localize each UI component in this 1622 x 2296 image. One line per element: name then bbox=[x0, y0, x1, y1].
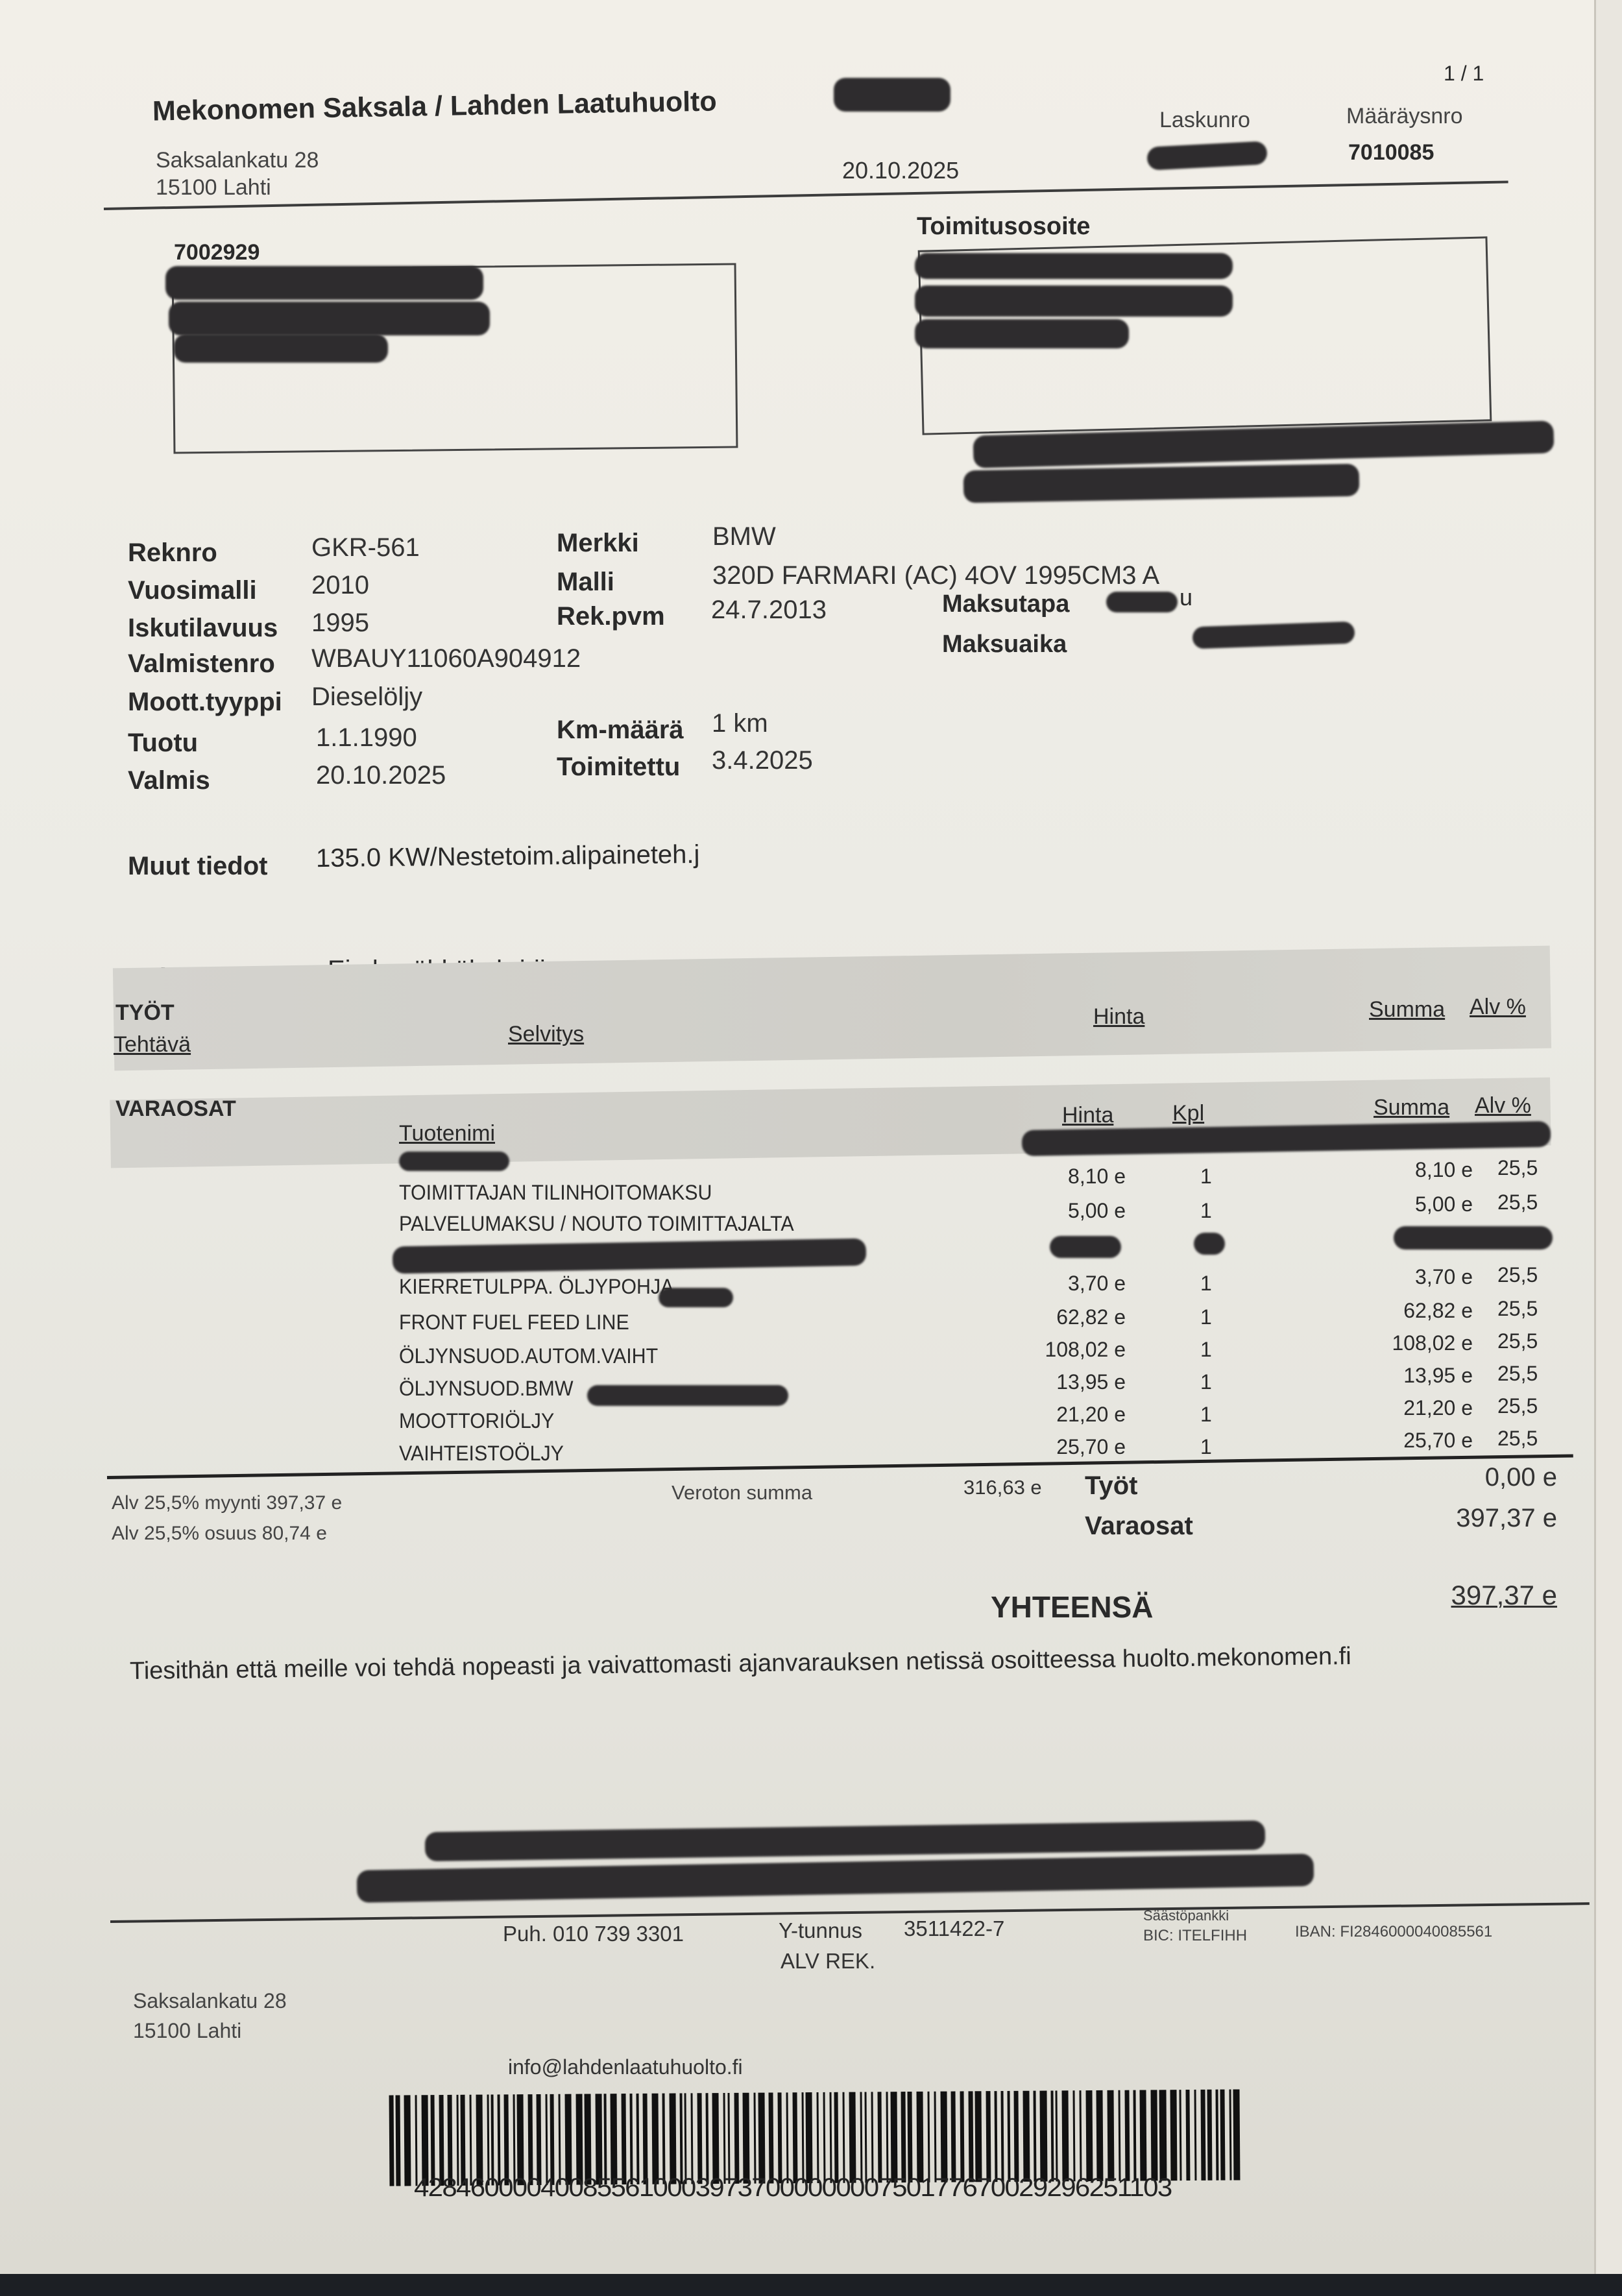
company-name: Mekonomen Saksala / Lahden Laatuhuolto bbox=[152, 86, 717, 127]
part-name: FRONT FUEL FEED LINE bbox=[399, 1311, 629, 1335]
vehicle-field-value: GKR-561 bbox=[311, 533, 420, 562]
redacted-footer-line bbox=[425, 1820, 1266, 1861]
bank-bic: BIC: ITELFIHH bbox=[1143, 1927, 1247, 1945]
part-name: MOOTTORIÖLJY bbox=[399, 1409, 554, 1433]
part-price: 62,82 e bbox=[999, 1305, 1126, 1329]
vehicle-field-value: WBAUY11060A904912 bbox=[311, 644, 581, 673]
vat-registration: ALV REK. bbox=[781, 1949, 875, 1974]
vehicle-field-label: Vuosimalli bbox=[128, 576, 257, 605]
part-vat: 25,5 bbox=[1497, 1362, 1538, 1386]
order-number-label: Määräysnro bbox=[1346, 104, 1463, 129]
part-sum: 5,00 e bbox=[1337, 1192, 1473, 1216]
vehicle-field-label: Km-määrä bbox=[557, 716, 684, 745]
part-sum: 13,95 e bbox=[1337, 1364, 1473, 1388]
redacted-delivery-line bbox=[915, 253, 1233, 279]
business-id-label: Y-tunnus bbox=[779, 1918, 862, 1943]
other-info-value: 135.0 KW/Nestetoim.alipaineteh.j bbox=[316, 840, 700, 873]
vehicle-field-label: Valmistenro bbox=[128, 649, 275, 679]
parts-title: VARAOSAT bbox=[115, 1096, 236, 1122]
redacted-row bbox=[1194, 1233, 1225, 1255]
parts-col-name: Tuotenimi bbox=[399, 1121, 495, 1146]
net-sum-label: Veroton summa bbox=[672, 1481, 812, 1504]
email: info@lahdenlaatuhuolto.fi bbox=[508, 2055, 743, 2079]
redacted-payment-method bbox=[1106, 592, 1178, 612]
redacted-customer-line bbox=[174, 334, 388, 363]
part-vat: 25,5 bbox=[1497, 1394, 1538, 1418]
parts-col-price: Hinta bbox=[1062, 1103, 1113, 1128]
net-sum-value: 316,63 e bbox=[963, 1476, 1042, 1499]
customer-number: 7002929 bbox=[174, 240, 260, 265]
part-name: ÖLJYNSUOD.BMW bbox=[399, 1377, 574, 1401]
vehicle-field-value: 3.4.2025 bbox=[712, 746, 813, 775]
page-number: 1 / 1 bbox=[1444, 62, 1484, 86]
part-name: PALVELUMAKSU / NOUTO TOIMITTAJALTA bbox=[399, 1212, 794, 1236]
part-name: VAIHTEISTOÖLJY bbox=[399, 1442, 564, 1466]
payment-method-suffix: u bbox=[1180, 584, 1192, 611]
part-name: ÖLJYNSUOD.AUTOM.VAIHT bbox=[399, 1344, 658, 1368]
part-vat: 25,5 bbox=[1497, 1156, 1538, 1180]
payment-method-label: Maksutapa bbox=[942, 590, 1069, 618]
parts-total-value: 397,37 e bbox=[1408, 1504, 1557, 1533]
parts-total-label: Varaosat bbox=[1085, 1512, 1193, 1541]
bank-name: Säästöpankki bbox=[1143, 1907, 1229, 1924]
vehicle-field-label: Reknro bbox=[128, 538, 217, 568]
parts-total-divider bbox=[107, 1454, 1573, 1479]
vehicle-field-value: 2010 bbox=[311, 571, 369, 600]
invoice-page: Mekonomen Saksala / Lahden Laatuhuolto 1… bbox=[0, 0, 1596, 2277]
vehicle-field-value: Dieselöljy bbox=[311, 683, 422, 712]
labor-col-description: Selvitys bbox=[508, 1022, 584, 1047]
labor-col-price: Hinta bbox=[1093, 1004, 1144, 1030]
background-surface bbox=[0, 2274, 1622, 2296]
part-quantity: 1 bbox=[1200, 1165, 1212, 1189]
part-price: 108,02 e bbox=[999, 1338, 1126, 1362]
part-vat: 25,5 bbox=[1497, 1329, 1538, 1353]
payment-barcode bbox=[389, 2089, 1246, 2186]
labor-total-value: 0,00 e bbox=[1414, 1463, 1557, 1492]
parts-col-vat: Alv % bbox=[1475, 1093, 1531, 1118]
part-quantity: 1 bbox=[1200, 1305, 1212, 1329]
payment-term-label: Maksuaika bbox=[942, 631, 1067, 659]
redacted-footer-line bbox=[357, 1854, 1314, 1903]
part-sum: 108,02 e bbox=[1337, 1331, 1473, 1355]
bank-iban: IBAN: FI2846000040085561 bbox=[1295, 1923, 1492, 1941]
grand-total-value: 397,37 e bbox=[1408, 1580, 1557, 1611]
vehicle-field-value: 1995 bbox=[311, 609, 369, 638]
part-price: 25,70 e bbox=[999, 1435, 1126, 1459]
booking-notice: Tiesithän että meille voi tehdä nopeasti… bbox=[130, 1643, 1351, 1686]
part-sum: 21,20 e bbox=[1337, 1396, 1473, 1420]
redacted-row bbox=[393, 1239, 867, 1274]
footer-address-street: Saksalankatu 28 bbox=[133, 1989, 287, 2013]
vat-share: Alv 25,5% osuus 80,74 e bbox=[112, 1523, 327, 1545]
header-divider bbox=[104, 180, 1508, 210]
part-name: TOIMITTAJAN TILINHOITOMAKSU bbox=[399, 1181, 712, 1205]
invoice-number-label: Laskunro bbox=[1159, 108, 1250, 133]
parts-col-sum: Summa bbox=[1374, 1095, 1449, 1120]
vehicle-field-label: Tuotu bbox=[128, 729, 198, 758]
part-sum: 3,70 e bbox=[1337, 1265, 1473, 1289]
redacted-block bbox=[834, 78, 950, 112]
vehicle-field-value: 24.7.2013 bbox=[711, 596, 827, 625]
vehicle-field-label: Iskutilavuus bbox=[128, 614, 278, 643]
part-vat: 25,5 bbox=[1497, 1263, 1538, 1287]
part-quantity: 1 bbox=[1200, 1403, 1212, 1427]
order-number: 7010085 bbox=[1348, 140, 1434, 165]
labor-title: TYÖT bbox=[115, 1000, 175, 1026]
labor-section-band bbox=[113, 946, 1551, 1071]
footer-address-city: 15100 Lahti bbox=[133, 2019, 241, 2043]
delivery-address-label: Toimitusosoite bbox=[917, 213, 1090, 241]
vehicle-field-label: Valmis bbox=[128, 766, 210, 795]
labor-total-label: Työt bbox=[1085, 1471, 1137, 1501]
invoice-date: 20.10.2025 bbox=[842, 157, 959, 184]
grand-total-label: YHTEENSÄ bbox=[991, 1589, 1153, 1625]
company-address-street: Saksalankatu 28 bbox=[156, 148, 319, 173]
redacted-invoice-number bbox=[1146, 141, 1268, 171]
vehicle-field-value: 1 km bbox=[712, 709, 768, 738]
part-vat: 25,5 bbox=[1497, 1427, 1538, 1451]
part-sum: 8,10 e bbox=[1337, 1158, 1473, 1182]
part-sum: 25,70 e bbox=[1337, 1429, 1473, 1453]
vehicle-field-label: Toimitettu bbox=[557, 753, 680, 782]
phone: Puh. 010 739 3301 bbox=[503, 1922, 684, 1946]
vehicle-field-label: Merkki bbox=[557, 529, 639, 558]
part-price: 8,10 e bbox=[999, 1165, 1126, 1189]
part-quantity: 1 bbox=[1200, 1370, 1212, 1394]
redacted-part-suffix bbox=[659, 1288, 733, 1307]
part-quantity: 1 bbox=[1200, 1338, 1212, 1362]
parts-section-band bbox=[110, 1078, 1551, 1168]
parts-col-qty: Kpl bbox=[1172, 1101, 1204, 1126]
redacted-customer-line bbox=[165, 266, 483, 300]
part-quantity: 1 bbox=[1200, 1272, 1212, 1296]
vehicle-field-value: BMW bbox=[712, 522, 776, 551]
company-address-city: 15100 Lahti bbox=[156, 175, 271, 200]
redacted-delivery-line bbox=[963, 464, 1360, 503]
labor-col-vat: Alv % bbox=[1470, 995, 1526, 1020]
other-info-label: Muut tiedot bbox=[128, 852, 268, 881]
labor-col-task: Tehtävä bbox=[114, 1032, 191, 1057]
part-price: 13,95 e bbox=[999, 1370, 1126, 1394]
redacted-payment-term bbox=[1192, 622, 1355, 649]
vehicle-field-value: 1.1.1990 bbox=[316, 723, 417, 753]
vehicle-field-value: 320D FARMARI (AC) 4OV 1995CM3 A bbox=[712, 561, 1159, 590]
part-price: 5,00 e bbox=[999, 1199, 1126, 1223]
redacted-customer-line bbox=[169, 302, 490, 335]
part-name: KIERRETULPPA. ÖLJYPOHJA bbox=[399, 1275, 673, 1299]
barcode-number: 4284600004008556100039737000000007501776… bbox=[414, 2173, 1172, 2203]
part-vat: 25,5 bbox=[1497, 1297, 1538, 1321]
redacted-part-suffix bbox=[587, 1385, 788, 1406]
vehicle-field-label: Rek.pvm bbox=[557, 602, 665, 631]
redacted-row bbox=[1050, 1236, 1121, 1258]
vat-sales: Alv 25,5% myynti 397,37 e bbox=[112, 1492, 342, 1514]
redacted-delivery-line bbox=[915, 285, 1233, 317]
vehicle-field-value: 20.10.2025 bbox=[316, 761, 446, 790]
part-price: 3,70 e bbox=[999, 1272, 1126, 1296]
vehicle-field-label: Moott.tyyppi bbox=[128, 688, 282, 717]
redacted-row bbox=[399, 1152, 509, 1171]
part-price: 21,20 e bbox=[999, 1403, 1126, 1427]
part-quantity: 1 bbox=[1200, 1199, 1212, 1223]
redacted-row bbox=[1394, 1226, 1553, 1250]
part-vat: 25,5 bbox=[1497, 1190, 1538, 1214]
vehicle-field-label: Malli bbox=[557, 568, 614, 597]
redacted-delivery-line bbox=[915, 319, 1129, 348]
labor-col-sum: Summa bbox=[1369, 997, 1445, 1022]
business-id: 3511422-7 bbox=[904, 1916, 1004, 1941]
part-quantity: 1 bbox=[1200, 1435, 1212, 1459]
part-sum: 62,82 e bbox=[1337, 1299, 1473, 1323]
